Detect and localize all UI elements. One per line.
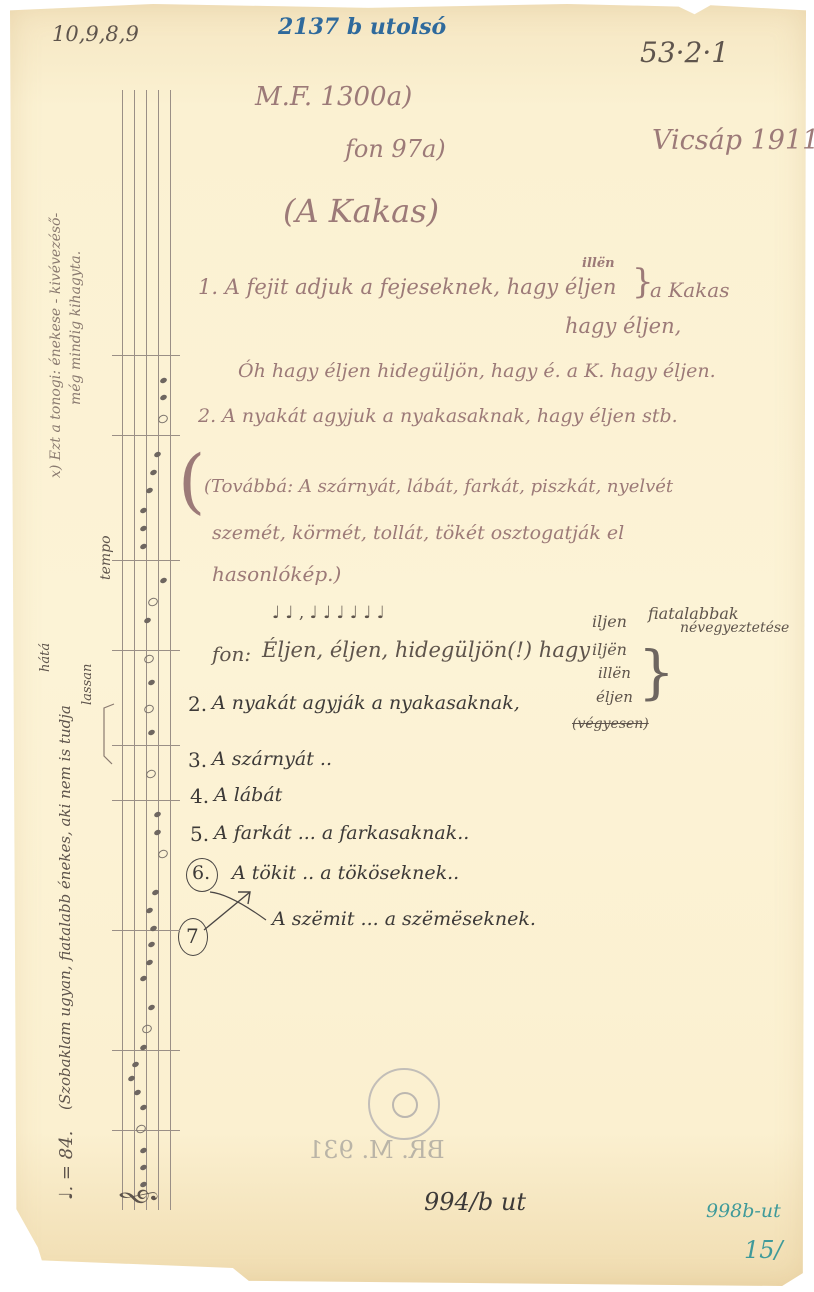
alt-eljen: éljen (596, 688, 633, 706)
folio-number: 53·2·1 (640, 36, 729, 69)
music-staff (118, 90, 178, 1210)
verse-1-line-2: hagy éljen, (565, 314, 681, 338)
further-paren: ( (178, 440, 205, 522)
further-line-3: hasonlókép.) (212, 562, 341, 586)
verse-1-line-3: Óh hagy éljen hidegüljön, hagy é. a K. h… (238, 360, 716, 382)
alternatives-brace: } (638, 638, 675, 706)
metronome-mark: ♩. = 84. (56, 1131, 77, 1200)
archive-number-blue: 2137 b utolsó (278, 14, 446, 40)
list-item-2-text: A nyakát agyják a nyakasaknak, (212, 692, 520, 714)
list-item-4-text: A lábát (214, 784, 282, 806)
treble-clef-icon: 𝄞 (118, 1188, 157, 1207)
verse-2-line: 2. A nyakát agyjuk a nyakasaknak, hagy é… (198, 405, 678, 427)
list-item-5-text: A farkát ... a farkasaknak.. (214, 822, 469, 844)
bottom-right-teal-number: 998b-ut (706, 1200, 781, 1222)
note-nevegyeztetese: névegyeztetése (680, 620, 789, 636)
verse-1-line-1: 1. A fejit adjuk a fejeseknek, hagy élje… (198, 275, 616, 299)
list-item-7-text: A szëmit ... a szëmëseknek. (272, 908, 536, 930)
rhythm-marks: ♩ ♩ , ♩ ♩ ♩ ♩ ♩ ♩ (272, 603, 385, 623)
further-line-2: szemét, körmét, tollát, tökét osztogatjá… (212, 522, 624, 544)
place-date: Vicsáp 1911 (652, 125, 814, 156)
alt-illen: illën (598, 664, 631, 682)
further-line-1: (Továbbá: A szárnyát, lábát, farkát, pis… (204, 476, 673, 497)
stamp-number: BR. M. 931 (308, 1136, 445, 1164)
library-stamp (368, 1068, 440, 1140)
bottom-right-page-number: 15/ (744, 1236, 783, 1264)
margin-note-bottom-3: hátá (38, 643, 53, 672)
phon-line: Éljen, éljen, hidegüljön(!) hagy (262, 638, 590, 662)
list-item-3-text: A szárnyát .. (212, 748, 332, 770)
top-left-numbers: 10,9,8,9 (52, 22, 139, 46)
bracket-mark-icon (100, 700, 120, 770)
list-item-3-num: 3. (188, 748, 207, 772)
margin-note-top-1: x) Ezt a tonogi: énekese - kivévezéső- (48, 213, 64, 478)
tempo-word: tempo (98, 535, 114, 580)
margin-note-top-2: még mindig kihagyta. (68, 251, 84, 405)
verse-1-line-1-end: a Kakas (650, 278, 729, 302)
insert-arrow-icon (200, 880, 280, 940)
margin-note-bottom-2: lassan (80, 664, 95, 705)
song-title: (A Kakas) (283, 192, 439, 230)
alt-iljen-2: iljën (592, 640, 627, 659)
catalog-mark: M.F. 1300a) (255, 82, 412, 112)
list-item-5-num: 5. (190, 822, 209, 846)
note-vegyesen: (végyesen) (572, 716, 649, 732)
margin-note-bottom-1: (Szobaklam ugyan, fiatalabb énekes, aki … (56, 705, 74, 1110)
phonograph-mark: fon 97a) (345, 135, 446, 163)
list-item-4-num: 4. (190, 784, 209, 808)
list-item-7-num: 7 (186, 924, 199, 948)
alt-iljen: iljen (592, 612, 627, 631)
list-item-2-num: 2. (188, 692, 207, 716)
bottom-catalog-number: 994/b ut (424, 1188, 526, 1216)
verse-1-variant: illën (582, 256, 615, 271)
phon-label: fon: (212, 642, 251, 666)
